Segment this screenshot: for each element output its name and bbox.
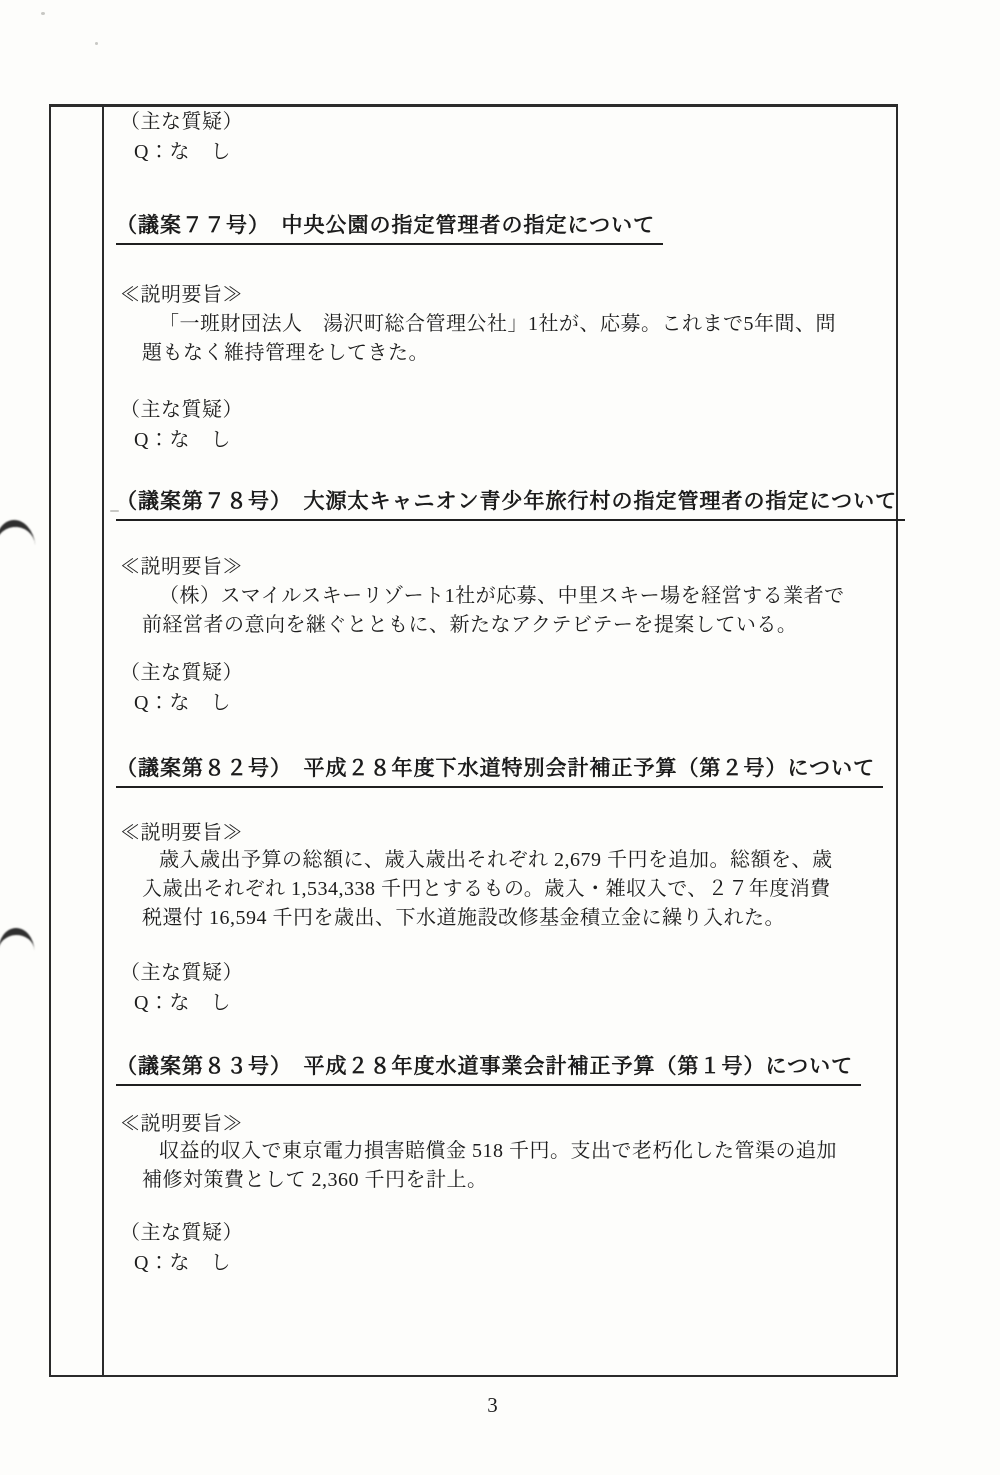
summary-text-line: （株）スマイルスキーリゾート1社が応募、中里スキー場を経営する業者で — [159, 582, 845, 610]
main-questions-label: （主な質疑） — [120, 396, 243, 424]
agenda-item-83-heading-text: （議案第８３号） 平成２８年度水道事業会計補正予算（第１号）について — [116, 1052, 861, 1086]
summary-label: ≪説明要旨≫ — [120, 819, 243, 847]
main-questions-label: （主な質疑） — [120, 959, 243, 987]
summary-text-line: 補修対策費として 2,360 千円を計上。 — [142, 1166, 488, 1194]
scan-speck — [95, 42, 98, 45]
summary-label: ≪説明要旨≫ — [120, 281, 243, 309]
agenda-item-82-heading-text: （議案第８２号） 平成２８年度下水道特別会計補正予算（第２号）について — [116, 754, 883, 788]
question-answer-none: Q：な し — [134, 1249, 231, 1277]
summary-text-line: 税還付 16,594 千円を歳出、下水道施設改修基金積立金に繰り入れた。 — [142, 904, 785, 932]
binder-hole-mark — [0, 518, 35, 549]
summary-label: ≪説明要旨≫ — [120, 553, 243, 581]
agenda-item-82-heading: （議案第８２号） 平成２８年度下水道特別会計補正予算（第２号）について — [116, 754, 883, 788]
main-questions-label: （主な質疑） — [120, 1219, 243, 1247]
scan-speck — [41, 12, 45, 15]
agenda-item-77-heading: （議案７７号） 中央公園の指定管理者の指定について — [116, 211, 663, 245]
question-answer-none: Q：な し — [134, 989, 231, 1017]
question-answer-none: Q：な し — [134, 138, 231, 166]
summary-text-line: 「一班財団法人 湯沢町総合管理公社」1社が、応募。これまで5年間、問 — [159, 310, 836, 338]
scanned-document-page: （主な質疑） Q：な し （議案７７号） 中央公園の指定管理者の指定について ≪… — [0, 0, 1000, 1475]
summary-text-line: 前経営者の意向を継ぐとともに、新たなアクテビテーを提案している。 — [142, 611, 797, 639]
question-answer-none: Q：な し — [134, 689, 231, 717]
agenda-item-77-heading-text: （議案７７号） 中央公園の指定管理者の指定について — [116, 211, 663, 245]
summary-text-line: 題もなく維持管理をしてきた。 — [142, 339, 429, 367]
binder-hole-mark — [0, 927, 34, 951]
main-questions-label: （主な質疑） — [120, 108, 243, 136]
left-column-divider — [102, 104, 104, 1375]
summary-label: ≪説明要旨≫ — [120, 1110, 243, 1138]
agenda-item-83-heading: （議案第８３号） 平成２８年度水道事業会計補正予算（第１号）について — [116, 1052, 861, 1086]
agenda-item-78-heading-text: （議案第７８号） 大源太キャニオン青少年旅行村の指定管理者の指定について — [116, 487, 905, 521]
summary-text-line: 収益的収入で東京電力損害賠償金 518 千円。支出で老朽化した管渠の追加 — [159, 1137, 837, 1165]
main-questions-label: （主な質疑） — [120, 659, 243, 687]
agenda-item-78-heading: （議案第７８号） 大源太キャニオン青少年旅行村の指定管理者の指定について — [116, 487, 905, 521]
summary-text-line: 歳入歳出予算の総額に、歳入歳出それぞれ 2,679 千円を追加。総額を、歳 — [159, 846, 833, 874]
summary-text-line: 入歳出それぞれ 1,534,338 千円とするもの。歳入・雑収入で、２７年度消費 — [142, 875, 831, 903]
page-number: 3 — [0, 1393, 985, 1418]
question-answer-none: Q：な し — [134, 426, 231, 454]
